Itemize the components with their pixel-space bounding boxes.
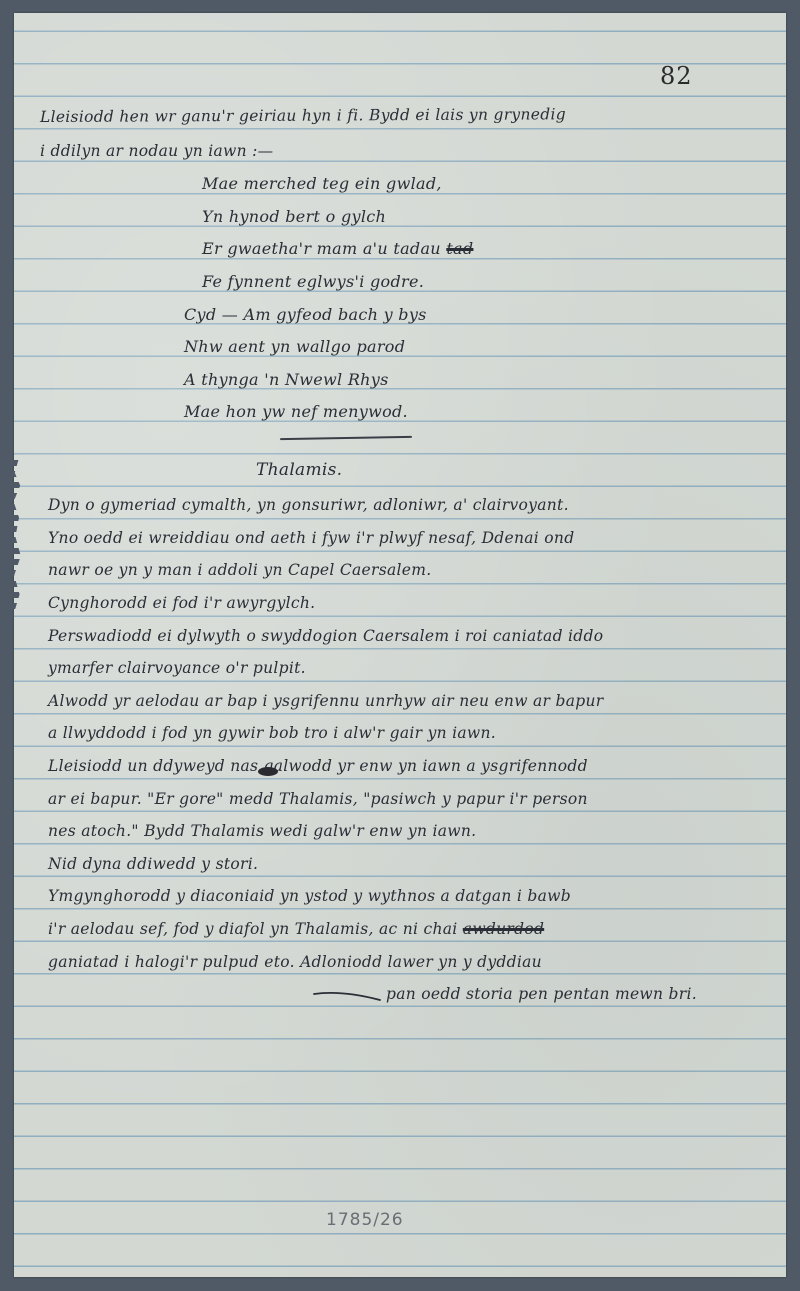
struck-out-word: awdurdod bbox=[463, 920, 544, 938]
verse-line: Cyd — Am gyfeod bach y bys bbox=[184, 305, 427, 324]
verse-line: Mae hon yw nef menywod. bbox=[184, 402, 408, 421]
body-line: Perswadiodd ei dylwyth o swyddogion Caer… bbox=[48, 627, 603, 645]
body-line-text: i'r aelodau sef, fod y diafol yn Thalami… bbox=[48, 920, 458, 938]
body-line: Ymgynghorodd y diaconiaid yn ystod y wyt… bbox=[48, 887, 571, 905]
page-number: 82 bbox=[660, 62, 693, 90]
body-line: nes atoch." Bydd Thalamis wedi galw'r en… bbox=[48, 822, 476, 840]
intro-line: Lleisiodd hen wr ganu'r geiriau hyn i fi… bbox=[40, 105, 566, 126]
verse-line: Yn hynod bert o gylch bbox=[202, 207, 386, 226]
body-line: Cynghorodd ei fod i'r awyrgylch. bbox=[48, 594, 315, 612]
arrow-stroke-icon bbox=[312, 990, 382, 1002]
scan-background: 82 Lleisiodd hen wr ganu'r geiriau hyn i… bbox=[0, 0, 800, 1291]
body-line: Nid dyna ddiwedd y stori. bbox=[48, 855, 258, 873]
section-title: Thalamis. bbox=[256, 460, 342, 480]
body-line: nawr oe yn y man i addoli yn Capel Caers… bbox=[48, 561, 431, 579]
verse-line: Mae merched teg ein gwlad, bbox=[202, 174, 442, 193]
verse-line: Fe fynnent eglwys'i godre. bbox=[202, 272, 424, 291]
ink-blot bbox=[258, 767, 278, 776]
body-line: Yno oedd ei wreiddiau ond aeth i fyw i'r… bbox=[48, 529, 574, 547]
body-line: Dyn o gymeriad cymalth, yn gonsuriwr, ad… bbox=[48, 496, 569, 514]
body-line: ymarfer clairvoyance o'r pulpit. bbox=[48, 659, 306, 677]
body-line: ar ei bapur. "Er gore" medd Thalamis, "p… bbox=[48, 790, 588, 808]
intro-line: i ddilyn ar nodau yn iawn :— bbox=[40, 142, 273, 160]
struck-out-word: tad bbox=[446, 239, 473, 258]
verse-line: Nhw aent yn wallgo parod bbox=[184, 337, 405, 356]
body-line: Alwodd yr aelodau ar bap i ysgrifennu un… bbox=[48, 692, 603, 710]
body-line: ganiatad i halogi'r pulpud eto. Adloniod… bbox=[48, 953, 542, 971]
verse-line: Er gwaetha'r mam a'u tadau tad bbox=[202, 239, 473, 258]
verse-line-text: Er gwaetha'r mam a'u tadau bbox=[202, 239, 441, 258]
archive-reference: 1785/26 bbox=[326, 1210, 404, 1230]
body-line: i'r aelodau sef, fod y diafol yn Thalami… bbox=[48, 920, 544, 938]
body-line: pan oedd storia pen pentan mewn bri. bbox=[386, 985, 697, 1003]
manuscript-page bbox=[14, 13, 786, 1277]
verse-line: A thynga 'n Nwewl Rhys bbox=[184, 370, 389, 389]
body-line: Lleisiodd un ddyweyd nas galwodd yr enw … bbox=[48, 757, 588, 775]
body-line: a llwyddodd i fod yn gywir bob tro i alw… bbox=[48, 724, 496, 742]
